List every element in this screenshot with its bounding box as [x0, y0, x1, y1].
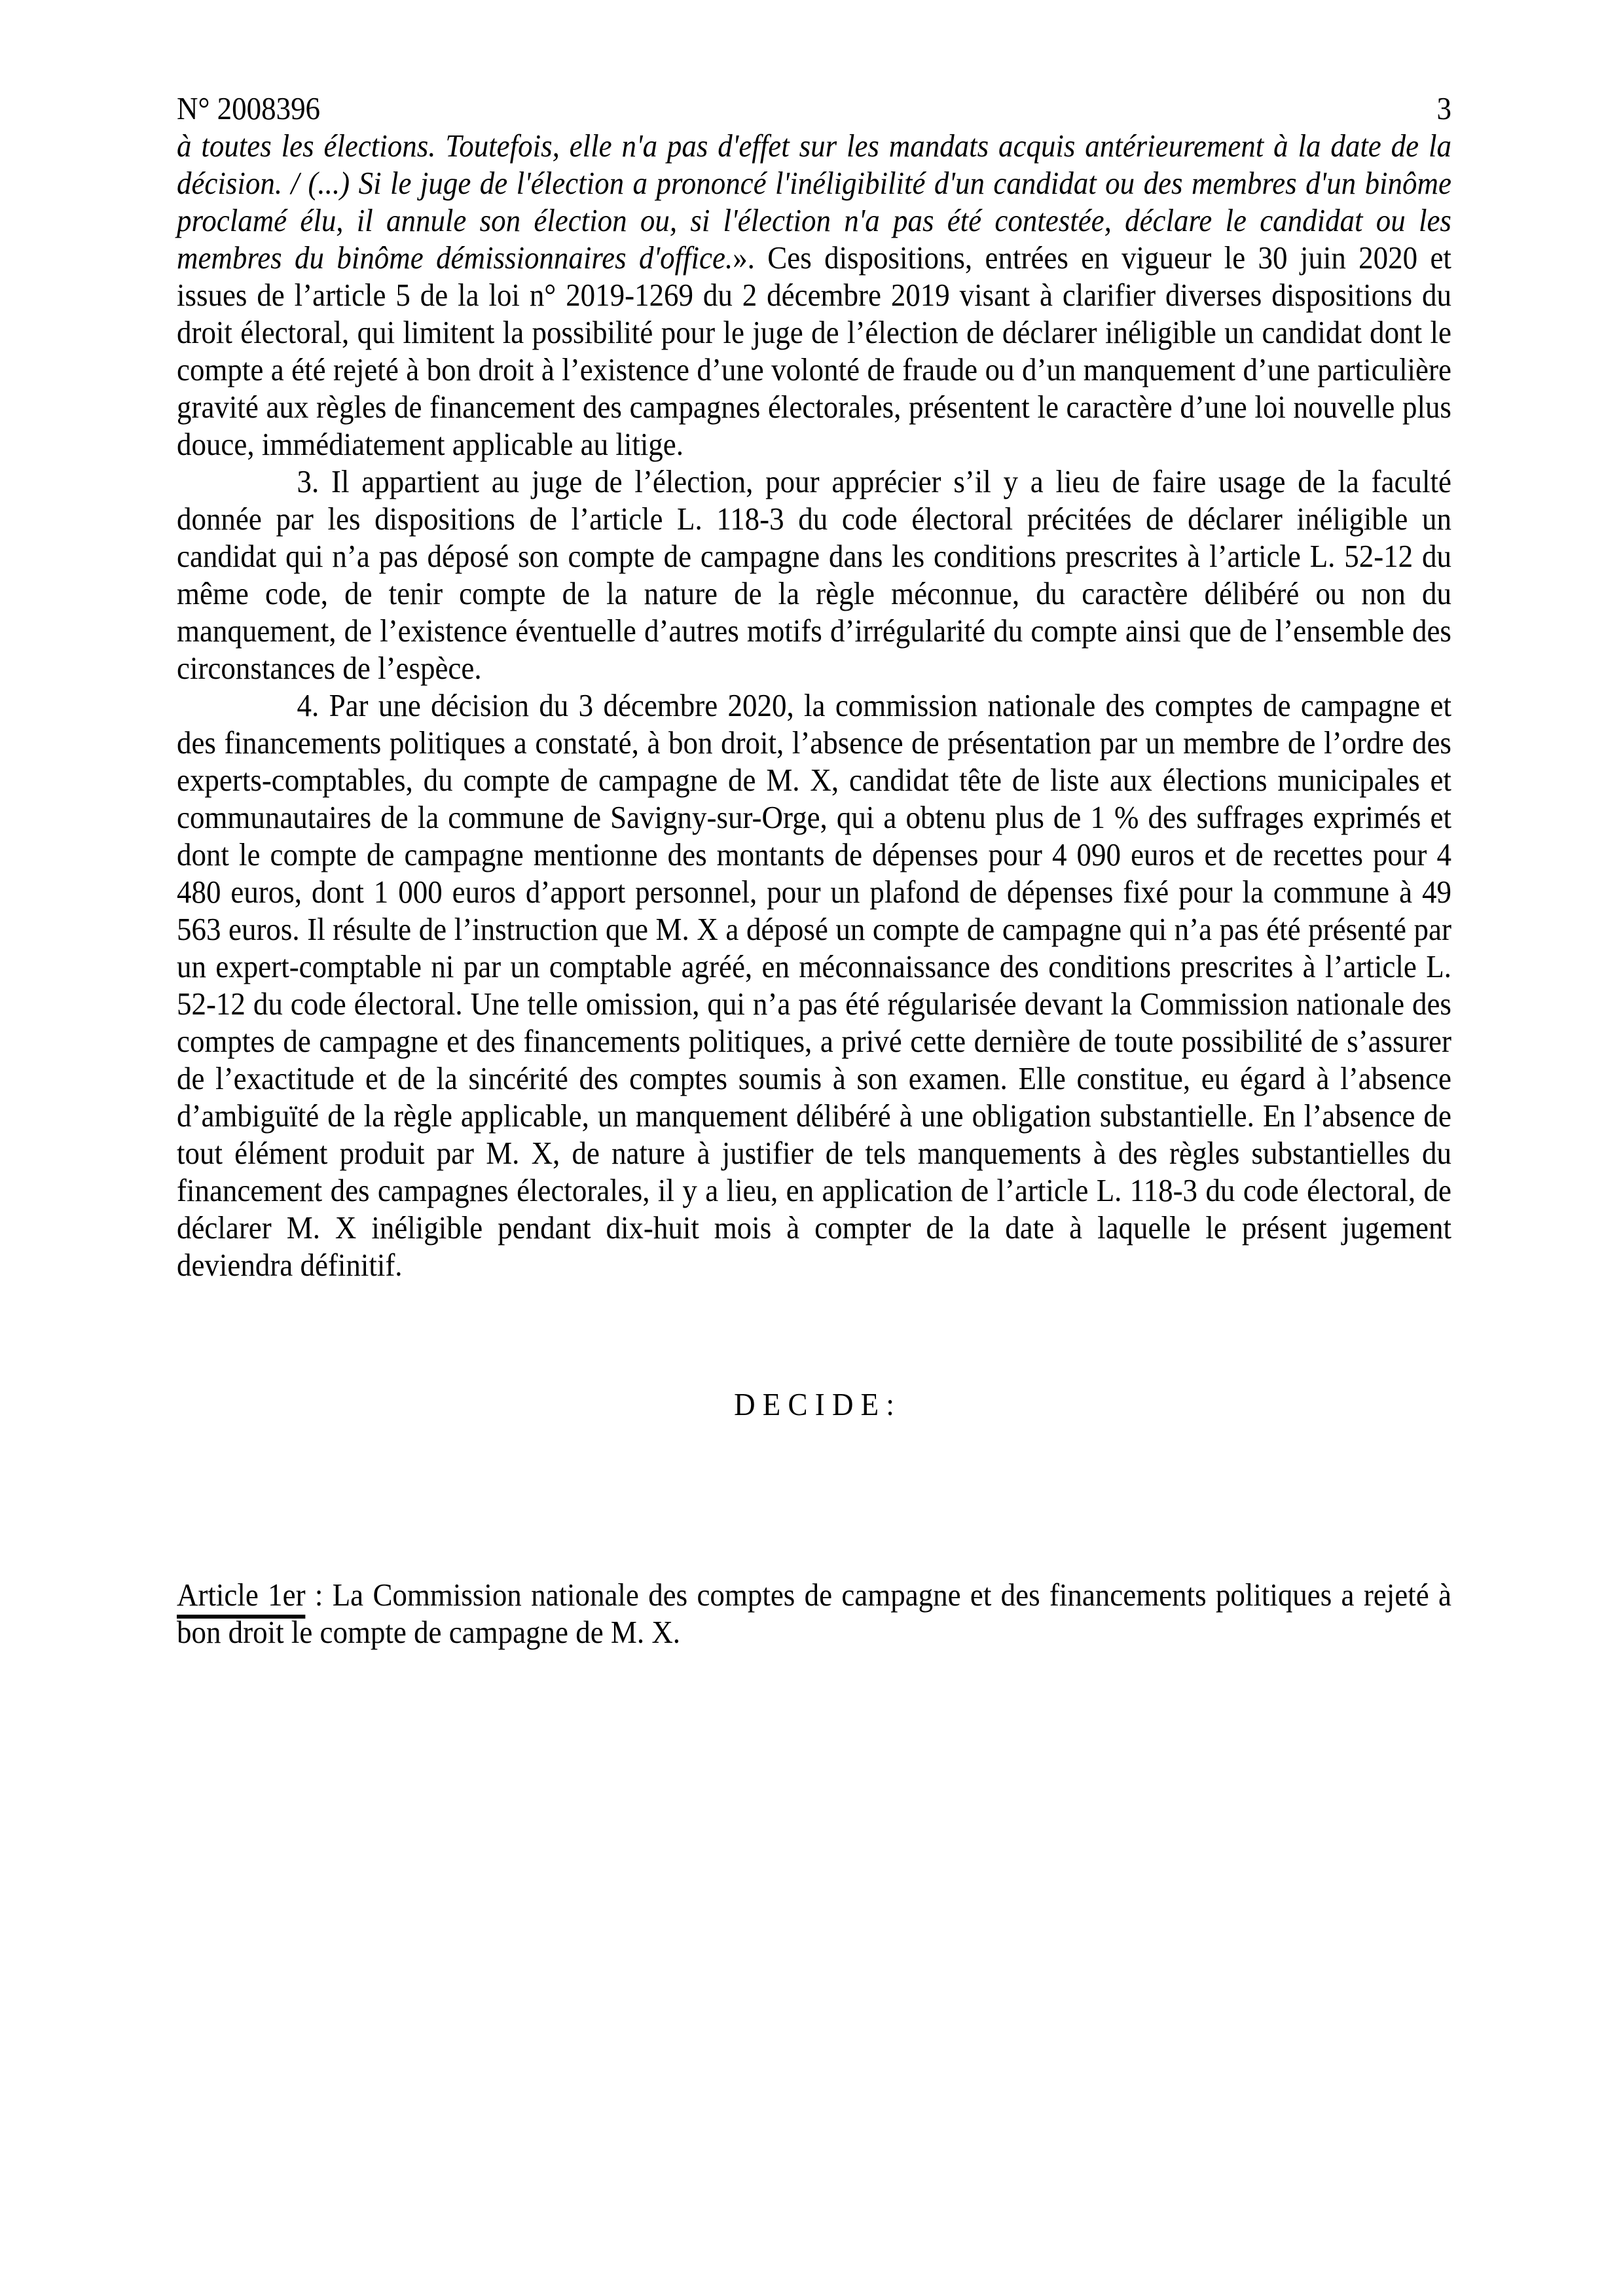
article-1-text: La Commission nationale des comptes de c…: [177, 1577, 1451, 1650]
paragraph-point-3: 3. Il appartient au juge de l’élection, …: [177, 463, 1451, 687]
article-1: Article 1er : La Commission nationale de…: [177, 1576, 1451, 1651]
page-number: 3: [1436, 90, 1451, 127]
article-1-separator: :: [306, 1577, 333, 1613]
paragraph-point-4: 4. Par une décision du 3 décembre 2020, …: [177, 687, 1451, 1283]
article-1-label: Article 1er: [177, 1577, 306, 1619]
judgment-page: N° 2008396 3 à toutes les élections. Tou…: [0, 0, 1623, 2296]
decide-heading: D E C I D E :: [177, 1386, 1451, 1423]
paragraph-quote-continuation: à toutes les élections. Toutefois, elle …: [177, 127, 1451, 463]
page-content: N° 2008396 3 à toutes les élections. Tou…: [177, 90, 1451, 1651]
page-header: N° 2008396 3: [177, 90, 1451, 127]
case-number: N° 2008396: [177, 90, 320, 127]
